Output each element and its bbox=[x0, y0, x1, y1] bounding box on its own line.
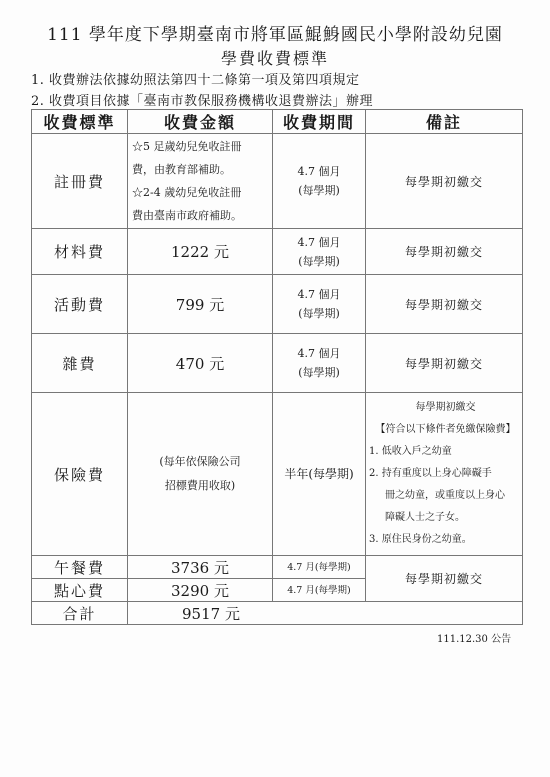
announcement-date: 111.12.30 公告 bbox=[437, 630, 511, 645]
fee-period: 4.7 月(每學期) bbox=[273, 556, 366, 579]
remark-line: 2. 持有重度以上身心障礙手 bbox=[369, 463, 522, 485]
remark-line: 障礙人士之子女。 bbox=[369, 507, 522, 529]
table-row-activities: 活動費 799 元 4.7 個月 (每學期) 每學期初繳交 bbox=[32, 275, 523, 334]
fee-amount: 3736 元 bbox=[128, 556, 273, 579]
period-line: (每學期) bbox=[273, 363, 365, 382]
header-fee-amount: 收費金額 bbox=[128, 110, 273, 134]
period-line: 4.7 個月 bbox=[273, 233, 365, 252]
remark-line: 1. 低收入戶之幼童 bbox=[369, 441, 522, 463]
period-line: 4.7 個月 bbox=[273, 285, 365, 304]
fee-amount: ☆5 足歲幼兒免收註冊 費，由教育部補助。 ☆2-4 歲幼兒免收註冊 費由臺南市… bbox=[128, 134, 273, 229]
table-row-miscellaneous: 雜費 470 元 4.7 個月 (每學期) 每學期初繳交 bbox=[32, 334, 523, 393]
table-row-materials: 材料費 1222 元 4.7 個月 (每學期) 每學期初繳交 bbox=[32, 229, 523, 275]
remark-line: 3. 原住民身份之幼童。 bbox=[369, 529, 522, 551]
total-amount: 9517 元 bbox=[128, 602, 523, 625]
remark-line: 每學期初繳交 bbox=[369, 397, 522, 419]
fee-amount: 3290 元 bbox=[128, 579, 273, 602]
amount-line: 費由臺南市政府補助。 bbox=[132, 204, 272, 227]
fee-remark: 每學期初繳交 bbox=[366, 334, 523, 393]
table-row-insurance: 保險費 (每年依保險公司 招標費用收取) 半年(每學期) 每學期初繳交 【符合以… bbox=[32, 393, 523, 556]
table-row-lunch: 午餐費 3736 元 4.7 月(每學期) 每學期初繳交 bbox=[32, 556, 523, 579]
fee-amount: 799 元 bbox=[128, 275, 273, 334]
remark-line: 冊之幼童，或重度以上身心 bbox=[369, 485, 522, 507]
note-legal-basis: 1. 收費辦法依據幼照法第四十二條第一項及第四項規定 bbox=[31, 69, 360, 88]
header-fee-standard: 收費標準 bbox=[32, 110, 128, 134]
fee-period: 4.7 個月 (每學期) bbox=[273, 275, 366, 334]
fee-name: 註冊費 bbox=[32, 134, 128, 229]
fee-name: 午餐費 bbox=[32, 556, 128, 579]
table-header-row: 收費標準 收費金額 收費期間 備註 bbox=[32, 110, 523, 134]
fee-amount: 470 元 bbox=[128, 334, 273, 393]
period-line: 4.7 個月 bbox=[273, 344, 365, 363]
amount-line: ☆5 足歲幼兒免收註冊 bbox=[132, 135, 272, 158]
fee-name: 雜費 bbox=[32, 334, 128, 393]
fee-remark: 每學期初繳交 bbox=[366, 229, 523, 275]
document-subtitle: 學費收費標準 bbox=[0, 46, 550, 69]
header-fee-period: 收費期間 bbox=[273, 110, 366, 134]
fee-name: 保險費 bbox=[32, 393, 128, 556]
remark-line: 【符合以下條件者免繳保險費】 bbox=[369, 419, 522, 441]
fee-name: 點心費 bbox=[32, 579, 128, 602]
fee-period: 4.7 個月 (每學期) bbox=[273, 229, 366, 275]
header-remarks: 備註 bbox=[366, 110, 523, 134]
fee-remark: 每學期初繳交 bbox=[366, 556, 523, 602]
fee-period: 4.7 個月 (每學期) bbox=[273, 134, 366, 229]
period-line: (每學期) bbox=[273, 181, 365, 200]
fee-table: 收費標準 收費金額 收費期間 備註 註冊費 ☆5 足歲幼兒免收註冊 費，由教育部… bbox=[31, 109, 523, 625]
note-fee-items: 2. 收費項目依據「臺南市教保服務機構收退費辦法」辦理 bbox=[31, 90, 373, 109]
document-title: 111 學年度下學期臺南市將軍區鯤鯓國民小學附設幼兒園 bbox=[0, 20, 550, 45]
period-line: 4.7 個月 bbox=[273, 162, 365, 181]
fee-period: 4.7 月(每學期) bbox=[273, 579, 366, 602]
fee-remark: 每學期初繳交 bbox=[366, 275, 523, 334]
amount-line: 費，由教育部補助。 bbox=[132, 158, 272, 181]
table-row-registration: 註冊費 ☆5 足歲幼兒免收註冊 費，由教育部補助。 ☆2-4 歲幼兒免收註冊 費… bbox=[32, 134, 523, 229]
period-line: (每學期) bbox=[273, 252, 365, 271]
amount-line: (每年依保險公司 bbox=[128, 450, 272, 474]
fee-remark: 每學期初繳交 【符合以下條件者免繳保險費】 1. 低收入戶之幼童 2. 持有重度… bbox=[366, 393, 523, 556]
period-line: (每學期) bbox=[273, 304, 365, 323]
fee-name: 材料費 bbox=[32, 229, 128, 275]
fee-amount: (每年依保險公司 招標費用收取) bbox=[128, 393, 273, 556]
total-label: 合計 bbox=[32, 602, 128, 625]
fee-remark: 每學期初繳交 bbox=[366, 134, 523, 229]
fee-period: 半年(每學期) bbox=[273, 393, 366, 556]
table-row-total: 合計 9517 元 bbox=[32, 602, 523, 625]
amount-line: ☆2-4 歲幼兒免收註冊 bbox=[132, 181, 272, 204]
fee-period: 4.7 個月 (每學期) bbox=[273, 334, 366, 393]
fee-amount: 1222 元 bbox=[128, 229, 273, 275]
fee-name: 活動費 bbox=[32, 275, 128, 334]
amount-line: 招標費用收取) bbox=[128, 474, 272, 498]
